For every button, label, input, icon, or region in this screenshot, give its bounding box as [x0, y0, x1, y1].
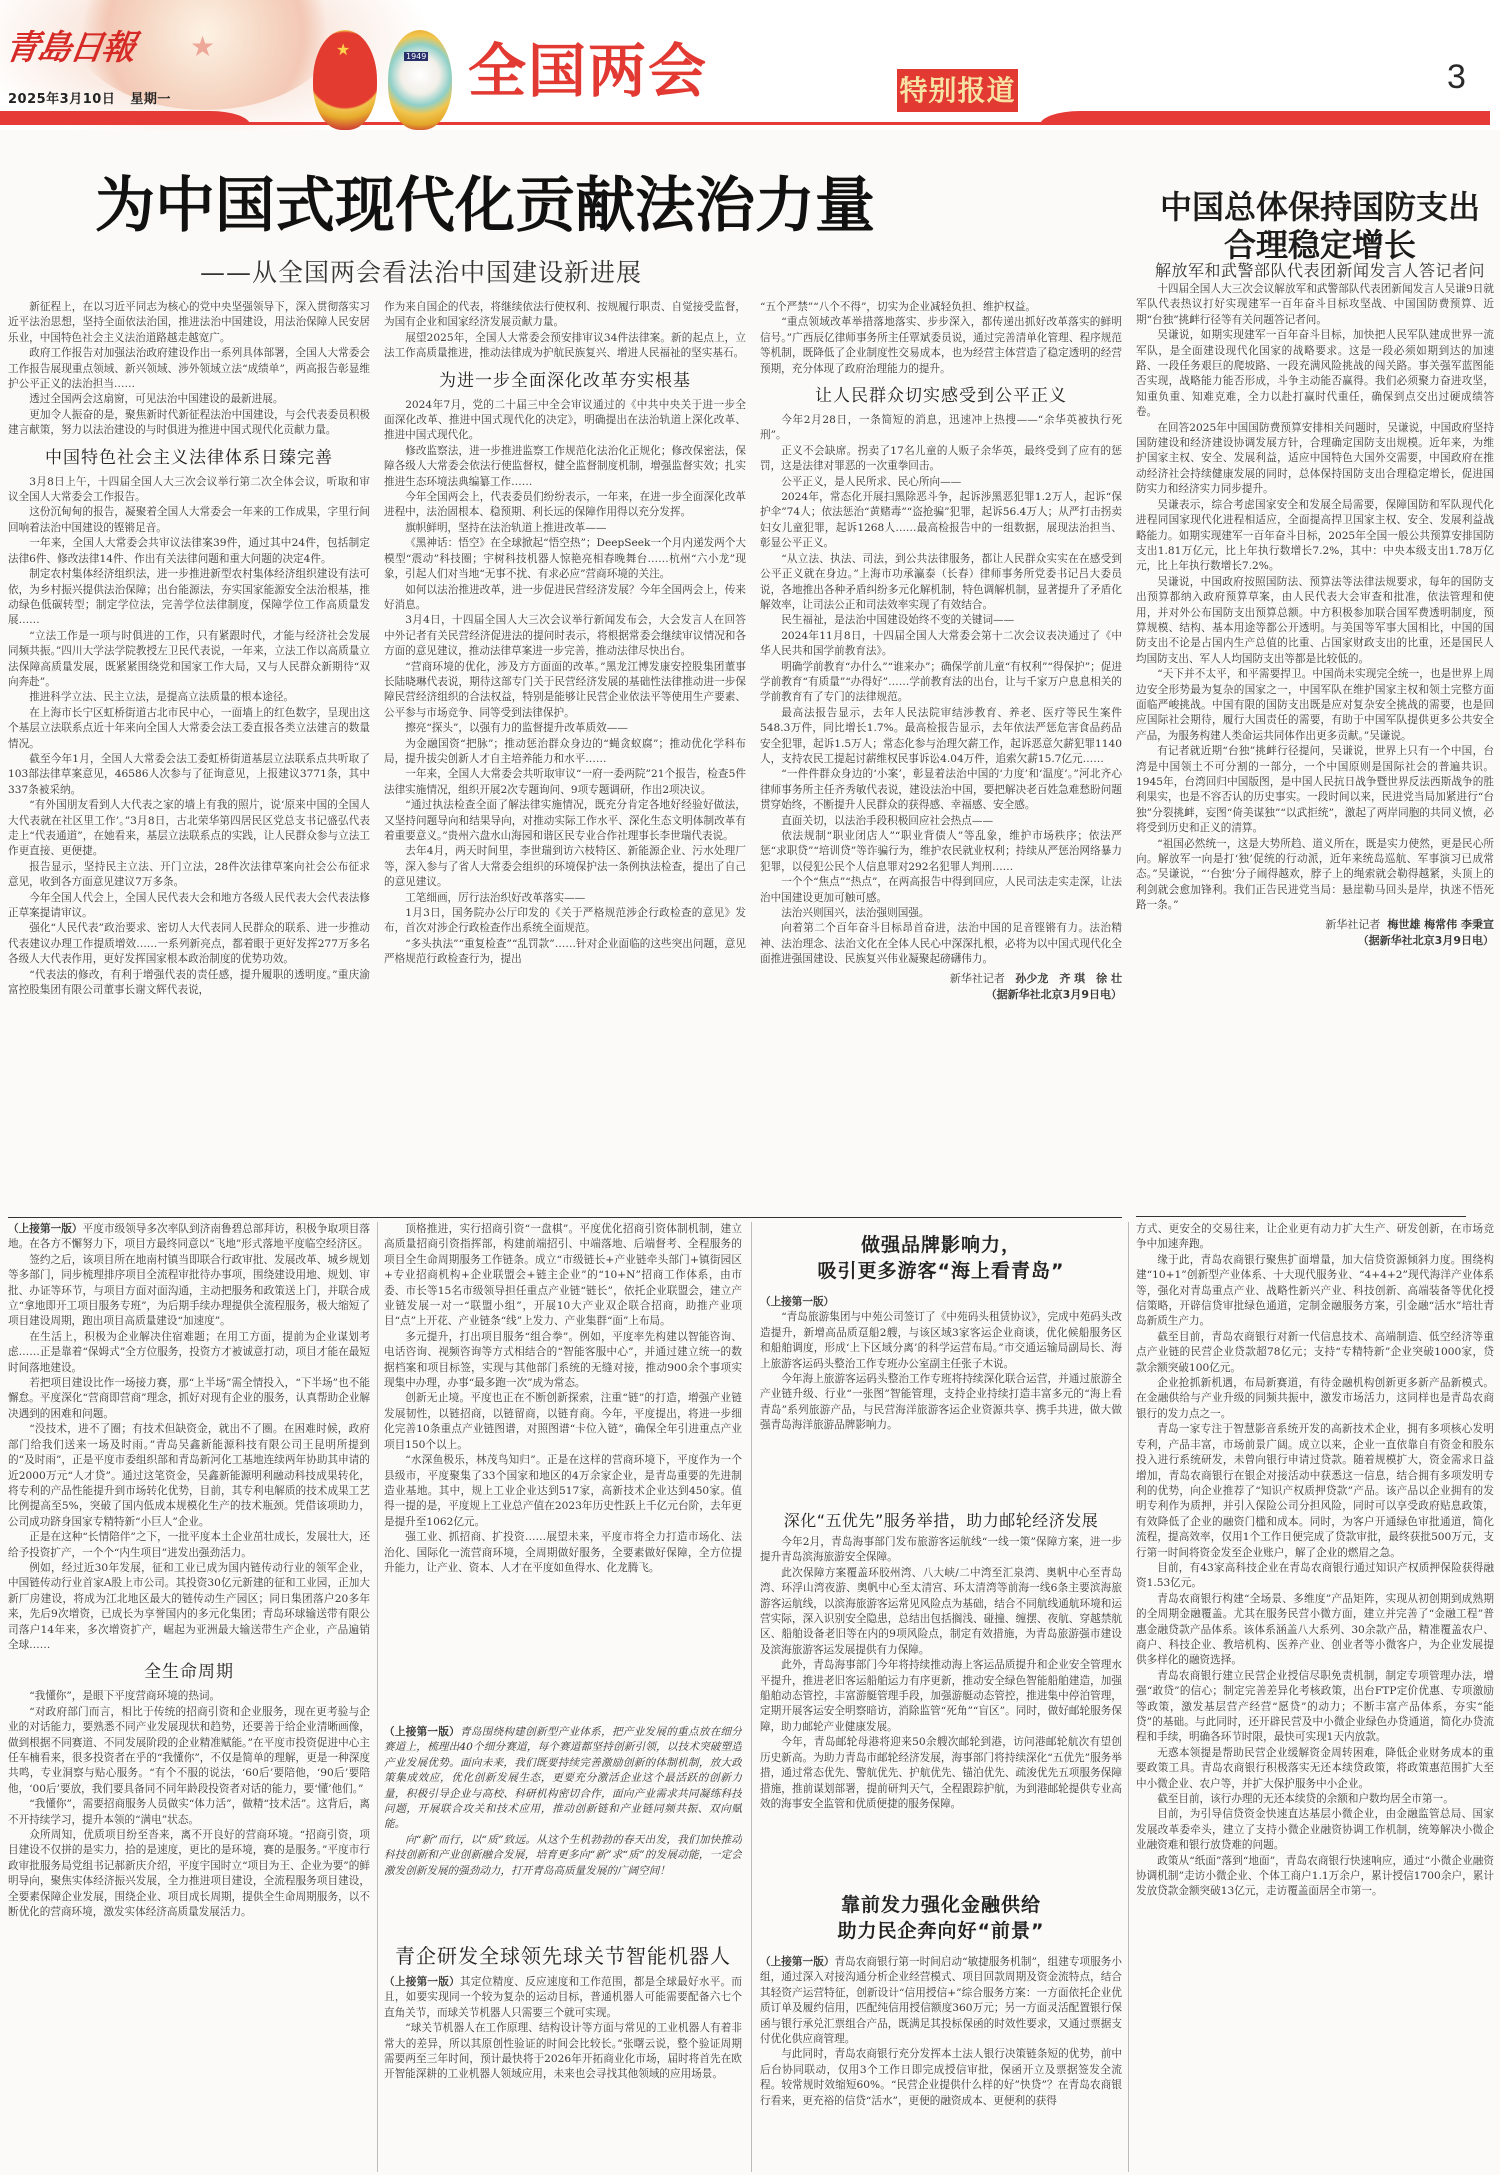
page-number: 3: [1447, 58, 1466, 97]
paragraph: 无惑本领提是帮助民营企业缓解资金周转困难，降低企业财务成本的重要政策工具。青岛农…: [1136, 1746, 1494, 1792]
paragraph: 修改监察法，进一步推进监察工作规范化法治化正规化；修改保密法，保障各级人大常委会…: [384, 444, 746, 490]
paragraph: “祖国必然统一，这是大势所趋、道义所在，既是实力使然，更是民心所向。解放军一向是…: [1136, 837, 1494, 914]
byline-names: 梅世雄 梅常伟 李秉宣: [1387, 918, 1494, 931]
paragraph: 顶格推进，实行招商引资“一盘棋”。平度优化招商引资体制机制，建立高质量招商引资指…: [384, 1222, 742, 1330]
paragraph: “有外国朋友看到人大代表之家的墙上有我的照片，说‘原来中国的全国人大代表就在社区…: [8, 798, 370, 860]
lead-headline[interactable]: 为中国式现代化贡献法治力量: [95, 170, 1095, 242]
side-story-column: 十四届全国人大三次会议解放军和武警部队代表团新闻发言人吴谦9日就军队代表热议打好…: [1136, 282, 1494, 1205]
paragraph: 今年全国人代会上，全国人民代表大会和地方各级人民代表大会代表法修正草案提请审议。: [8, 891, 370, 922]
robot-story-column: （上接第一版）其定位精度、反应速度和工作范围，都是全球最好水平。而且，如要实现同…: [384, 1975, 742, 2173]
paragraph: （上接第一版）青岛农商银行第一时间启动“敏捷服务机制”，组建专项服务小组，通过深…: [760, 1955, 1122, 2047]
paragraph: 在上海市长宁区虹桥街道古北市民中心，一面墙上的红色数字，呈现出这个基层立法联系点…: [8, 706, 370, 752]
paragraph: 依法规制“职业闭店人”“职业背债人”等乱象，维护市场秩序；依法严惩“求职贷”“培…: [760, 829, 1122, 875]
paragraph: 在回答2025年中国国防费预算安排相关问题时，吴谦说，中国政府坚持国防建设和经济…: [1136, 421, 1494, 498]
continued-label: （上接第一版）: [760, 1956, 834, 1968]
paragraph: 如何以法治推进改革，进一步促进民营经济发展？今年全国两会上，传来好消息。: [384, 583, 746, 614]
headline-line: 吸引更多游客“海上看青岛”: [760, 1258, 1122, 1284]
section-heading: 全生命周期: [8, 1659, 370, 1685]
paragraph: 今年，青岛邮轮母港将迎来50余艘次邮轮到港，访问港邮轮航次有望创历史新高。为助力…: [760, 1735, 1122, 1812]
paragraph: 1月3日，国务院办公厅印发的《关于严格规范涉企行政检查的意见》发布，首次对涉企行…: [384, 906, 746, 937]
paragraph: 民生福祉，是法治中国建设始终不变的关键词——: [760, 613, 1122, 628]
paragraph: 截至今年1月，全国人大常委会法工委虹桥街道基层立法联系点共听取了103部法律草案…: [8, 752, 370, 798]
section-heading: 为进一步全面深化改革夯实根基: [384, 368, 746, 394]
paragraph: “水深鱼极乐，林茂鸟知归”。正是在这样的营商环境下，平度作为一个县级市，平度聚集…: [384, 1453, 742, 1530]
paragraph: 报告显示，坚持民主立法、开门立法，28件次法律草案向社会公布征求意见，收到各方面…: [8, 860, 370, 891]
byline: 新华社记者 孙少龙 齐 琪 徐 壮: [760, 970, 1122, 987]
finance-story-headline[interactable]: 靠前发力强化金融供给 助力民企奔向好“前景”: [760, 1892, 1122, 1944]
paragraph: 有记者就近期“台独”挑衅行径提问，吴谦说，世界上只有一个中国，台湾是中国领土不可…: [1136, 744, 1494, 836]
paragraph: “天下并不太平，和平需要捍卫。中国尚未实现完全统一，也是世界上周边安全形势最为复…: [1136, 667, 1494, 744]
paragraph: 方式、更安全的交易往来，让企业更有动力扩大生产、研发创新，在市场竞争中加速奔跑。: [1136, 1222, 1494, 1253]
byline: 新华社记者 梅世雄 梅常伟 李秉宣: [1136, 916, 1494, 933]
paragraph: 2024年7月，党的二十届三中全会审议通过的《中共中央关于进一步全面深化改革、推…: [384, 398, 746, 444]
headline-line: 中国总体保持国防支出: [1140, 188, 1500, 226]
paragraph: “通过执法检查全面了解法律实施情况，既充分肯定各地好经验好做法，又坚持问题导向和…: [384, 798, 746, 844]
paragraph: “对政府部门而言，相比于传统的招商引资和企业服务，现在更考验与企业的对话能力，要…: [8, 1705, 370, 1797]
paragraph: 制定农村集体经济组织法，进一步推进新型农村集体经济组织建设有法可依，为乡村振兴提…: [8, 567, 370, 629]
headline-line: 助力民企奔向好“前景”: [760, 1918, 1122, 1944]
paragraph: 《黑神话：悟空》在全球掀起“悟空热”；DeepSeek一个月内递发两个大模型“震…: [384, 536, 746, 582]
paragraph: 去年4月，两天时间里，李世瑞到访六枝特区、新能源企业、污水处理厂等，深入参与了省…: [384, 844, 746, 890]
weekday-text: 星期一: [130, 92, 171, 107]
pingdu-column-1: （上接第一版）平度市级领导多次率队到济南鲁碧总部拜访，积极争取项目落地。在各方不…: [8, 1222, 370, 2172]
column-divider: [751, 1222, 752, 2172]
paragraph: 推进科学立法、民主立法，是提高立法质量的根本途径。: [8, 690, 370, 705]
paragraph: 今年海上旅游客运码头整治工作专班将持续深化联合运营，并通过旅游全产业链升级、行业…: [760, 1372, 1122, 1434]
tourism-column: （上接第一版） “青岛旅游集团与中苑公司签订了《中苑码头租赁协议》，完成中苑码头…: [760, 1295, 1122, 1500]
continued-label: （上接第一版）: [384, 1976, 460, 1988]
robot-story-headline[interactable]: 青企研发全球领先球关节智能机器人: [384, 1940, 742, 1969]
paragraph: “五个严禁”“八个不得”，切实为企业减轻负担、维护权益。: [760, 300, 1122, 315]
paragraph: 青岛一家专注于智慧影音系统开发的高新技术企业，拥有多项核心发明专利，产品丰富，市…: [1136, 1422, 1494, 1561]
paragraph: 政策从“纸面”落到“地面”，青岛农商银行快速响应，通过“小微企业融资协调机制”走…: [1136, 1854, 1494, 1900]
paragraph: 此次保障方案覆盖环胶州湾、八大峡/二中湾至汇泉湾、奥帆中心至青岛湾、环浮山湾夜游…: [760, 1566, 1122, 1658]
finance-column-2: 方式、更安全的交易往来，让企业更有动力扩大生产、研发创新，在市场竞争中加速奔跑。…: [1136, 1222, 1494, 2172]
lead-column-2: 作为来自国企的代表，将继续依法行使权利、按规履行职责、自觉接受监督，为国有企业和…: [384, 300, 746, 1200]
cppcc-emblem-icon: 1949: [388, 30, 452, 130]
side-story-headline[interactable]: 中国总体保持国防支出 合理稳定增长: [1140, 188, 1500, 264]
headline-line: 做强品牌影响力，: [760, 1232, 1122, 1258]
date-text: 2025年3月10日: [8, 92, 115, 107]
headline-line: 靠前发力强化金融供给: [760, 1892, 1122, 1918]
paragraph: 截至目前，该行办理的无还本续贷的余额和户数均居全市第一。: [1136, 1792, 1494, 1807]
paragraph: 创新无止境。平度也正在不断创新探索，注重“链”的打造，增强产业链发展韧性，以链招…: [384, 1391, 742, 1453]
paragraph: 众所周知，优质项目纷至沓来，离不开良好的营商环境。“招商引资，项目建设不仅拼的是…: [8, 1828, 370, 1920]
section-heading: 中国特色社会主义法律体系日臻完善: [8, 445, 370, 471]
section-divider: [1136, 1216, 1466, 1217]
commentary-inset: （上接第一版）青岛围绕构建创新型产业体系，把产业发展的重点放在细分赛道上，梳理出…: [384, 1725, 742, 1900]
paragraph: 多元提升，打出项目服务“组合拳”。例如，平度率先构建以智能咨询、电话咨询、视频咨…: [384, 1330, 742, 1392]
paragraph: （上接第一版）其定位精度、反应速度和工作范围，都是全球最好水平。而且，如要实现同…: [384, 1975, 742, 2021]
paragraph: “我懂你”，是眼下平度营商环境的热词。: [8, 1689, 370, 1704]
section-title: 全国两会: [468, 42, 708, 100]
paragraph: 3月8日上午，十四届全国人大三次会议举行第二次全体会议，听取和审议全国人大常委会…: [8, 475, 370, 506]
paragraph: 最高法报告显示，去年人民法院审结涉教育、养老、医疗等民生案件548.3万件，同比…: [760, 706, 1122, 768]
paragraph: 展望2025年，全国人大常委会预安排审议34件法律案。新的起点上，立法工作高质量…: [384, 331, 746, 362]
paragraph: 目前，为引导信贷资金快速直达基层小微企业，由金融监管总局、国家发展改革委牵头，建…: [1136, 1807, 1494, 1853]
paragraph: 今年2月，青岛海事部门发布旅游客运航线“一线一策”保障方案，进一步提升青岛滨海旅…: [760, 1535, 1122, 1566]
paragraph: 企业抢抓新机遇，布局新赛道，有待金融机构创新更多新产品新模式。在金融供给与产业升…: [1136, 1376, 1494, 1422]
paragraph: “多头执法”“重复检查”“乱罚款”……针对企业面临的这些突出问题，意见严格规范行…: [384, 937, 746, 968]
national-emblem-icon: ★: [313, 30, 377, 130]
paragraph: 今年全国两会上，代表委员们纷纷表示，一年来，在进一步全面深化改革进程中，法治固根…: [384, 490, 746, 521]
emblem-year: 1949: [404, 52, 428, 61]
star-icon: ★: [336, 40, 350, 59]
paragraph: 此外，青岛海事部门今年将持续推动海上客运品质提升和企业安全管理水平提升，推进老旧…: [760, 1658, 1122, 1735]
paragraph: 一年来，全国人大常委会共审议法律案39件，通过其中24件，包括制定法律6件、修改…: [8, 536, 370, 567]
paragraph: “我懂你”，需要招商服务人员做实“体力活”，做精“技术活”。这背后，离不开持续学…: [8, 1797, 370, 1828]
paragraph: 向着第二个百年奋斗目标昂首奋进，法治中国的足音铿锵有力。法治精神、法治理念、法治…: [760, 921, 1122, 967]
paragraph-text: 青岛农商银行第一时间启动“敏捷服务机制”，组建专项服务小组，通过深入对接沟通分析…: [760, 1956, 1122, 2045]
paragraph: 若把项目建设比作一场接力赛，那“上半场”需全情投入，“下半场”也不能懈怠。平度深…: [8, 1376, 370, 1422]
star-icon: ★: [190, 30, 215, 63]
paragraph: 直面关切，以法治手段积极回应社会热点——: [760, 814, 1122, 829]
paragraph: 正是在这种“长情陪伴”之下，一批平度本土企业茁壮成长，发展壮大，还给予投资扩产，…: [8, 1530, 370, 1561]
paragraph: 作为来自国企的代表，将继续依法行使权利、按规履行职责、自觉接受监督，为国有企业和…: [384, 300, 746, 331]
section-divider: [8, 1217, 1122, 1218]
paragraph: 与此同时，青岛农商银行充分发挥本土法人银行决策链条短的优势，前中后台协同联动，仅…: [760, 2047, 1122, 2109]
finance-column-1: （上接第一版）青岛农商银行第一时间启动“敏捷服务机制”，组建专项服务小组，通过深…: [760, 1955, 1122, 2173]
paragraph: “一件件群众身边的‘小案’，彰显着法治中国的‘力度’和‘温度’。”河北齐心律师事…: [760, 767, 1122, 813]
paragraph: 一个个“焦点”“热点”，在两高报告中得到回应，人民司法走实走深，让法治中国建设更…: [760, 875, 1122, 906]
continued-label: （上接第一版）: [8, 1223, 83, 1235]
paragraph: 缘于此，青岛农商银行聚焦扩面增量，加大信贷资源倾斜力度。围绕构建“10+1”创新…: [1136, 1253, 1494, 1330]
byline-names: 孙少龙 齐 琪 徐 壮: [1015, 972, 1122, 985]
paragraph: “营商环境的优化，涉及方方面面的改革。”黑龙江博发康安控股集团董事长陆晓琳代表说…: [384, 660, 746, 722]
lead-column-3: “五个严禁”“八个不得”，切实为企业减轻负担、维护权益。 “重点领域改革举措落地…: [760, 300, 1122, 1205]
paragraph: 2024年，常态化开展扫黑除恶斗争，起诉涉黑恶犯罪1.2万人，起诉“保护伞”74…: [760, 490, 1122, 552]
paragraph: 强工业、抓招商、扩投资……展望未来，平度市将全力打造市场化、法治化、国际化一流营…: [384, 1530, 742, 1576]
paragraph: 明确学前教育“办什么”“谁来办”；确保学前儿童“有权利”“得保护”；促进学前教育…: [760, 660, 1122, 706]
paragraph: 今年2月28日，一条简短的消息，迅速冲上热搜——“余华英被执行死刑”。: [760, 413, 1122, 444]
paragraph: 3月4日，十四届全国人大三次会议举行新闻发布会，大会发言人在回答中外记者有关民营…: [384, 613, 746, 659]
paragraph: 2024年11月8日，十四届全国人大常委会第十二次会议表决通过了《中华人民共和国…: [760, 629, 1122, 660]
paragraph: 青岛农商银行建立民营企业授信尽职免责机制，制定专项管理办法，增强“敢贷”的信心；…: [1136, 1669, 1494, 1746]
continued-label: （上接第一版）: [384, 1726, 460, 1738]
paragraph: （上接第一版）平度市级领导多次率队到济南鲁碧总部拜访，积极争取项目落地。在各方不…: [8, 1222, 370, 1253]
paragraph: 吴谦说，如期实现建军一百年奋斗目标，加快把人民军队建成世界一流军队，是全面建设现…: [1136, 328, 1494, 420]
paragraph: 旗帜鲜明，坚持在法治轨道上推进改革——: [384, 521, 746, 536]
byline-label: 新华社记者: [1325, 918, 1380, 931]
pingdu-column-2: 顶格推进，实行招商引资“一盘棋”。平度优化招商引资体制机制，建立高质量招商引资指…: [384, 1222, 742, 1700]
side-story-subheadline: 解放军和武警部队代表团新闻发言人答记者问: [1140, 258, 1500, 281]
paragraph: 透过全国两会这扇窗，可见法治中国建设的最新进展。: [8, 392, 370, 407]
tourism-column-2: 今年2月，青岛海事部门发布旅游客运航线“一线一策”保障方案，进一步提升青岛滨海旅…: [760, 1535, 1122, 1880]
paragraph: 目前，有43家高科技企业在青岛农商银行通过知识产权质押保险获得融资1.53亿元。: [1136, 1561, 1494, 1592]
paragraph: 政府工作报告对加强法治政府建设作出一系列具体部署，全国人大常委会工作报告展现重点…: [8, 346, 370, 392]
paragraph: 一年来，全国人大常委会共听取审议“一府一委两院”21个报告，检查5件法律实施情况…: [384, 767, 746, 798]
paragraph: 为金融国资“把脉”；推动惩治群众身边的“蝇贪蚁腐”；推动优化学科布局，提升拔尖创…: [384, 737, 746, 768]
special-report-badge: 特别报道: [897, 69, 1018, 112]
continued-label: （上接第一版）: [760, 1295, 1122, 1310]
source-dateline: （据新华社北京3月9日电）: [760, 987, 1122, 1002]
masthead-band-right: [1040, 111, 1490, 125]
issue-date: 2025年3月10日 星期一: [8, 88, 171, 107]
paragraph: “没技术，进不了圈；有技术但缺资金，就出不了圈。在困难时候，政府部门给我们送来一…: [8, 1422, 370, 1530]
paragraph: 法治兴则国兴，法治强则国强。: [760, 906, 1122, 921]
lead-subheadline: ——从全国两会看法治中国建设新进展: [200, 253, 900, 289]
section-heading: 深化“五优先”服务举措，助力邮轮经济发展: [760, 1508, 1122, 1531]
paragraph: “立法工作是一项与时俱进的工作，只有紧跟时代，才能与经济社会发展同频共振。”四川…: [8, 629, 370, 691]
column-divider: [1128, 1222, 1129, 2172]
paragraph: “青岛旅游集团与中苑公司签订了《中苑码头租赁协议》，完成中苑码头改造提升，新增高…: [760, 1310, 1122, 1372]
paragraph: 例如，经过近30年发展，征和工业已成为国内链传动行业的领军企业，中国链传动行业首…: [8, 1561, 370, 1653]
paragraph: 工笔细画，厉行法治织好改革落实——: [384, 891, 746, 906]
paragraph: “球关节机器人在工作原理、结构设计等方面与常见的工业机器人有着非常大的差异，所以…: [384, 2021, 742, 2083]
paragraph: （上接第一版）青岛围绕构建创新型产业体系，把产业发展的重点放在细分赛道上，梳理出…: [384, 1725, 742, 1833]
paragraph: 在生活上，积极为企业解决住宿难题；在用工方面，提前为企业谋划考虑……正是靠着“保…: [8, 1330, 370, 1376]
paragraph: 吴谦说，中国政府按照国防法、预算法等法律法规要求，每年的国防支出预算都纳入政府预…: [1136, 575, 1494, 667]
paragraph: 十四届全国人大三次会议解放军和武警部队代表团新闻发言人吴谦9日就军队代表热议打好…: [1136, 282, 1494, 328]
paragraph: “从立法、执法、司法，到公共法律服务，都让人民群众实实在在感受到公平正义就在身边…: [760, 552, 1122, 614]
paragraph: 签约之后，该项目所在地南村镇当即联合行政审批、发展改革、城乡规划等多部门，同步梳…: [8, 1253, 370, 1330]
paragraph: 公平正义，是人民所求、民心所向——: [760, 475, 1122, 490]
paragraph: 截至目前，青岛农商银行对新一代信息技术、高端制造、低空经济等重点产业链的民营企业…: [1136, 1330, 1494, 1376]
tourism-story-headline[interactable]: 做强品牌影响力， 吸引更多游客“海上看青岛”: [760, 1232, 1122, 1284]
paragraph-text: 青岛围绕构建创新型产业体系，把产业发展的重点放在细分赛道上，梳理出40个细分赛道…: [384, 1726, 742, 1830]
paragraph: 吴谦表示，综合考虑国家安全和发展全局需要，保障国防和军队现代化进程同国家现代化进…: [1136, 498, 1494, 575]
masthead: ★ 青島日報 2025年3月10日 星期一 ★ 1949 全国两会 特别报道 3: [0, 0, 1500, 130]
paragraph: 青岛农商银行构建“全场景、多维度”产品矩阵，实现从初创期到成熟期的全周期金融覆盖…: [1136, 1592, 1494, 1669]
paragraph: 新征程上，在以习近平同志为核心的党中央坚强领导下，深入贯彻落实习近平法治思想，坚…: [8, 300, 370, 346]
column-divider: [377, 1222, 378, 2172]
newspaper-logo[interactable]: 青島日報: [3, 20, 138, 69]
paragraph: 更加令人振奋的是，聚焦新时代新征程法治中国建设，与会代表委员积极建言献策，努力以…: [8, 408, 370, 439]
paragraph: 向“新”而行，以“质”致远。从这个生机勃勃的春天出发，我们加快推动科技创新和产业…: [384, 1833, 742, 1879]
paragraph: “代表法的修改，有利于增强代表的责任感，提升履职的透明度。”重庆渝富控股集团有限…: [8, 968, 370, 999]
paragraph: 擦亮“探头”，以强有力的监督提升改革质效——: [384, 721, 746, 736]
section-heading: 让人民群众切实感受到公平正义: [760, 383, 1122, 409]
paragraph: 正义不会缺席。拐卖了17名儿童的人贩子余华英，最终受到了应有的惩罚，这是法律对罪…: [760, 444, 1122, 475]
lead-column-1: 新征程上，在以习近平同志为核心的党中央坚强领导下，深入贯彻落实习近平法治思想，坚…: [8, 300, 370, 1200]
byline-label: 新华社记者: [950, 972, 1005, 985]
paragraph: “重点领域改革举措落地落实、步步深入，都传递出抓好改革落实的鲜明信号。”广西辰亿…: [760, 315, 1122, 377]
source-dateline: （据新华社北京3月9日电）: [1136, 933, 1494, 948]
paragraph: 这份沉甸甸的报告，凝聚着全国人大常委会一年来的工作成果，字里行间回响着法治中国建…: [8, 505, 370, 536]
paragraph: 强化“人民代表”政治要求、密切人大代表同人民群众的联系、进一步推动代表建议办理工…: [8, 921, 370, 967]
